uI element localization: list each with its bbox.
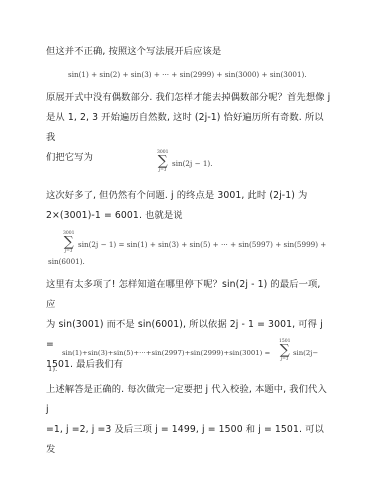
equation-text: sin(2j − 1). xyxy=(172,159,212,168)
equation-text: sin(2j− xyxy=(293,349,318,357)
paragraph-endpoint-problem: 这次好多了, 但仍然有个问题. j 的终点是 3001, 此时 (2j-1) 为… xyxy=(46,186,331,226)
equation-wrap-line: sin(6001). xyxy=(48,257,85,266)
equation-text: 1). xyxy=(48,365,57,373)
equation-text: sin(1)+sin(3)+sin(5)+···+sin(2997)+sin(2… xyxy=(62,349,270,357)
equation-text: sin(2j − 1) = sin(1) + sin(3) + sin(5) +… xyxy=(78,240,326,249)
text-line: 2×(3001)-1 = 6001. 也就是说 xyxy=(46,206,331,226)
text-line: 原展开式中没有偶数部分. 我们怎样才能去掉偶数部分呢？首先想像 j xyxy=(46,88,331,108)
text-line: 上述解答是正确的. 每次做完一定要把 j 代入校验, 本题中, 我们代入 j xyxy=(46,380,331,420)
equation-summation-expanded: 3001 ∑ j=1 xyxy=(63,231,74,254)
equation-final-body: sin(2j− xyxy=(293,349,318,357)
equation-text: sin(1) + sin(2) + sin(3) + ··· + sin(299… xyxy=(68,70,307,79)
sigma-symbol: ∑ xyxy=(63,236,74,249)
equation-expanded-sum: sin(1) + sin(2) + sin(3) + ··· + sin(299… xyxy=(68,70,307,79)
equation-summation: 3001 ∑ j=1 xyxy=(157,150,168,173)
equation-summation-expanded-body: sin(2j − 1) = sin(1) + sin(3) + sin(5) +… xyxy=(78,240,326,249)
sigma-symbol: ∑ xyxy=(279,344,290,357)
equation-text: sin(6001). xyxy=(48,257,85,266)
text-line: =1, j =2, j =3 及后三项 j = 1499, j = 1500 和… xyxy=(46,420,331,460)
equation-final-lhs: sin(1)+sin(3)+sin(5)+···+sin(2997)+sin(2… xyxy=(62,349,270,357)
equation-final-wrap: 1). xyxy=(48,365,57,373)
equation-final-summation: 1501 ∑ j=1 xyxy=(279,339,290,362)
paragraph-verification: 上述解答是正确的. 每次做完一定要把 j 代入校验, 本题中, 我们代入 j =… xyxy=(46,380,331,460)
sum-lower-limit: j=1 xyxy=(279,357,290,362)
equation-summation-body: sin(2j − 1). xyxy=(172,159,212,168)
sigma-symbol: ∑ xyxy=(157,155,168,168)
paragraph-intro: 但这并不正确, 按照这个写法展开后应该是 xyxy=(46,42,331,62)
text-line: 是从 1, 2, 3 开始遍历自然数, 这时 (2j-1) 恰好遍历所有奇数. … xyxy=(46,108,331,148)
paragraph-odd-terms: 原展开式中没有偶数部分. 我们怎样才能去掉偶数部分呢？首先想像 j 是从 1, … xyxy=(46,88,331,168)
sum-lower-limit: j=1 xyxy=(157,168,168,173)
text-line: 这次好多了, 但仍然有个问题. j 的终点是 3001, 此时 (2j-1) 为 xyxy=(46,186,331,206)
text-line: 这里有太多项了! 怎样知道在哪里停下呢？sin(2j - 1) 的最后一项, 应 xyxy=(46,275,331,315)
sum-lower-limit: j=1 xyxy=(63,249,74,254)
text-line: 但这并不正确, 按照这个写法展开后应该是 xyxy=(46,46,221,57)
